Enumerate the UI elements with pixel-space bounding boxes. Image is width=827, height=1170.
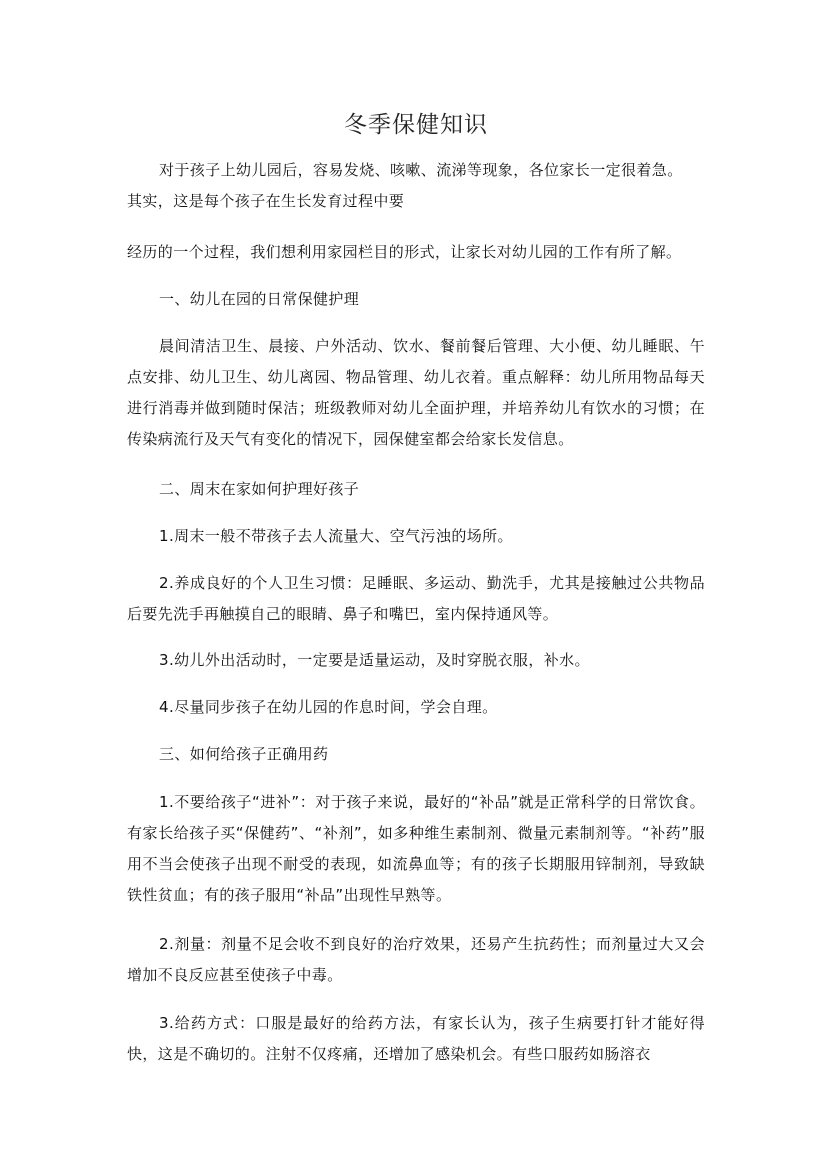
section-2-item-2: 2.养成良好的个人卫生习惯：足睡眠、多运动、勤洗手，尤其是接触过公共物品后要先洗… bbox=[127, 568, 705, 630]
section-2-item-1: 1.周末一般不带孩子去人流量大、空气污浊的场所。 bbox=[127, 521, 705, 552]
intro-line-2: 其实，这是每个孩子在生长发育过程中要 bbox=[127, 186, 705, 217]
section-3-item-3: 3.给药方式：口服是最好的给药方法，有家长认为，孩子生病要打针才能好得快，这是不… bbox=[127, 1008, 705, 1070]
section-3-heading: 三、如何给孩子正确用药 bbox=[159, 739, 328, 770]
section-2-item-4: 4.尽量同步孩子在幼儿园的作息时间，学会自理。 bbox=[127, 692, 705, 723]
section-2-item-3: 3.幼儿外出活动时，一定要是适量运动，及时穿脱衣服，补水。 bbox=[127, 645, 705, 676]
section-2-heading: 二、周末在家如何护理好孩子 bbox=[159, 474, 359, 505]
section-3-item-1: 1.不要给孩子“进补”：对于孩子来说，最好的“补品”就是正常科学的日常饮食。有家… bbox=[127, 787, 705, 911]
section-1-paragraph: 晨间清洁卫生、晨接、户外活动、饮水、餐前餐后管理、大小便、幼儿睡眠、午点安排、幼… bbox=[127, 331, 705, 455]
document-title: 冬季保健知识 bbox=[127, 106, 705, 139]
intro-line-1: 对于孩子上幼儿园后，容易发烧、咳嗽、流涕等现象，各位家长一定很着急。 bbox=[127, 155, 705, 186]
section-1-heading: 一、幼儿在园的日常保健护理 bbox=[159, 284, 359, 315]
intro-line-3: 经历的一个过程，我们想利用家园栏目的形式，让家长对幼儿园的工作有所了解。 bbox=[127, 237, 705, 268]
section-3-item-2: 2.剂量：剂量不足会收不到良好的治疗效果，还易产生抗药性；而剂量过大又会增加不良… bbox=[127, 929, 705, 991]
